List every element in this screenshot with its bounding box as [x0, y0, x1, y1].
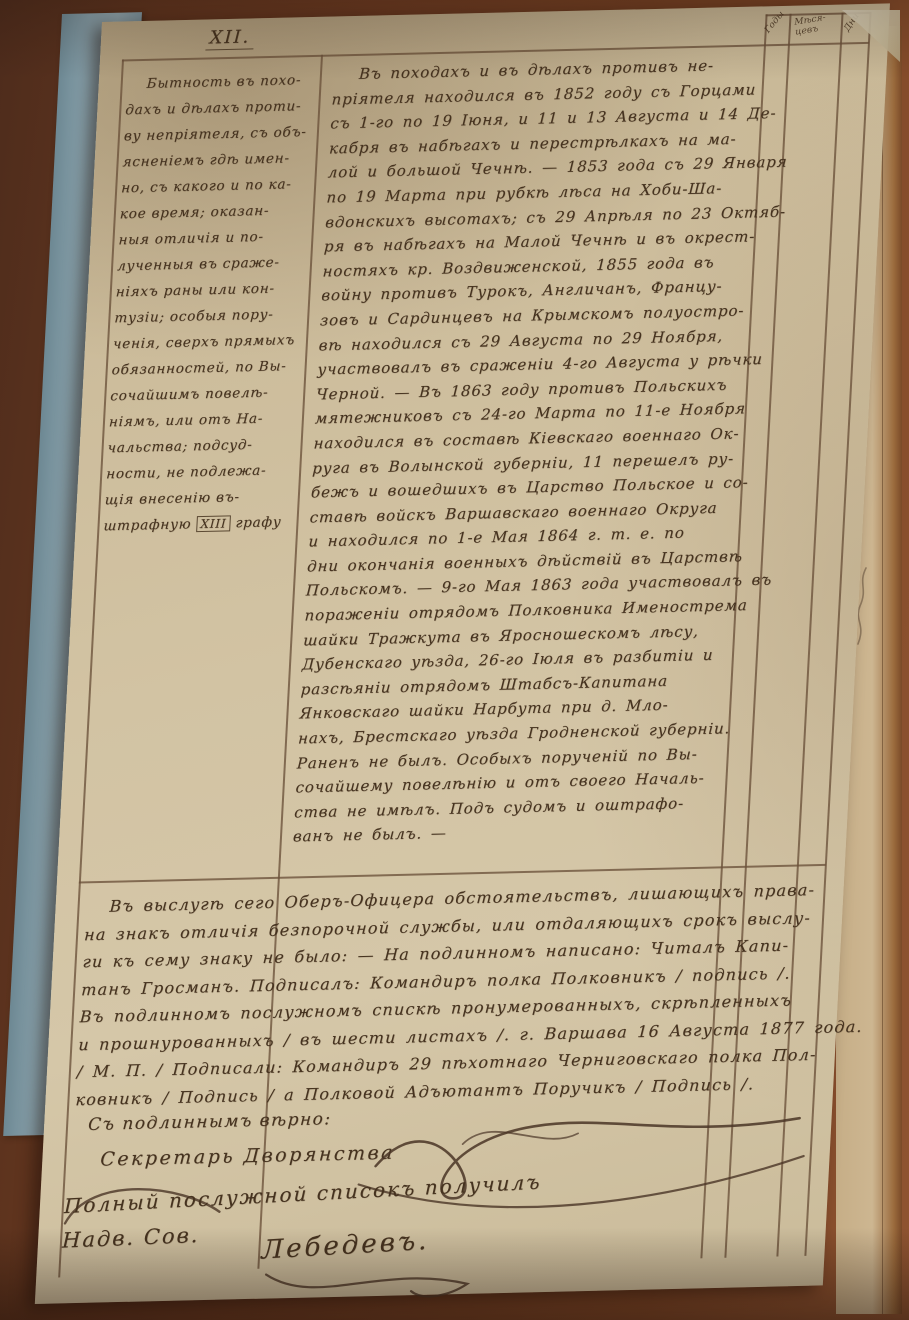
surname-flourish [252, 1259, 485, 1314]
service-record-text: Въ походахъ и въ дѣлахъ противъ не- прія… [292, 52, 767, 849]
heading-line: ву непріятеля, съ объ- [123, 119, 322, 150]
heading-line: обязанностей, по Вы- [111, 353, 310, 384]
heading-line: но, съ какого и по ка- [121, 171, 320, 202]
heading-tail-pre: штрафную [103, 516, 192, 534]
document-page: Годы Мѣся- цевъ Дни XII. Бытность въ пох… [35, 3, 890, 1304]
true-copy-attestation: Съ подлиннымъ вѣрно: [88, 1109, 333, 1135]
recipient-rank: Надв. Сов. [62, 1223, 200, 1253]
page-edge-crease [882, 26, 883, 1314]
heading-tail-post: графу [235, 514, 282, 531]
boxed-column-reference: XIII [196, 515, 231, 532]
heading-tail-line: штрафную XIII графу [103, 509, 302, 540]
column-heading-text: Бытность въ похо- дахъ и дѣлахъ проти- в… [103, 67, 326, 540]
section-number: XII. [164, 25, 295, 49]
months-column-header: Мѣся- цевъ [794, 14, 827, 38]
